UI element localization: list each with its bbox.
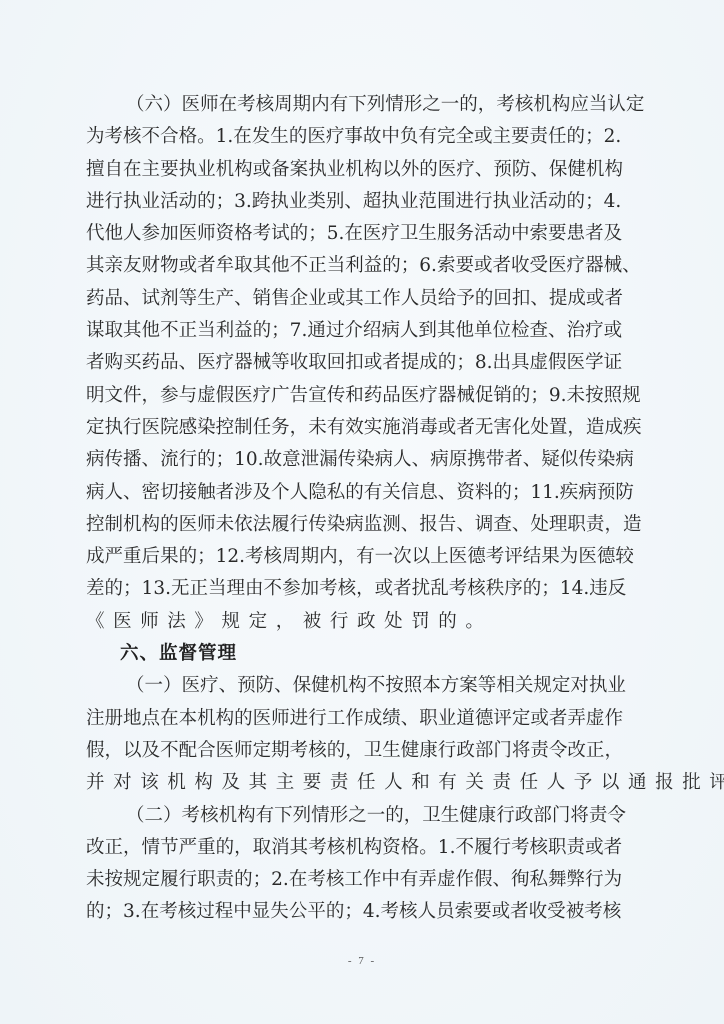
- text-line: 改正，情节严重的，取消其考核机构资格。1.不履行考核职责或者: [86, 832, 614, 864]
- text-line: 控制机构的医师未依法履行传染病监测、报告、调查、处理职责，造: [86, 509, 614, 541]
- paragraph-supervision-2: （二）考核机构有下列情形之一的，卫生健康行政部门将责令 改正，情节严重的，取消其…: [86, 800, 614, 929]
- text-line: 代他人参加医师资格考试的；5.在医疗卫生服务活动中索要患者及: [86, 218, 614, 250]
- text-line: 为考核不合格。1.在发生的医疗事故中负有完全或主要责任的；2.: [86, 121, 614, 153]
- text-line: 定执行医院感染控制任务，未有效实施消毒或者无害化处置，造成疾: [86, 412, 614, 444]
- text-line: （一）医疗、预防、保健机构不按照本方案等相关规定对执业: [86, 670, 614, 702]
- text-line: 进行执业活动的；3.跨执业类别、超执业范围进行执业活动的；4.: [86, 186, 614, 218]
- text-line: 《医师法》规定，被行政处罚的。: [86, 606, 614, 638]
- text-line: 者购买药品、医疗器械等收取回扣或者提成的；8.出具虚假医学证: [86, 347, 614, 379]
- text-line: 的；3.在考核过程中显失公平的；4.考核人员索要或者收受被考核: [86, 896, 614, 928]
- paragraph-supervision-1: （一）医疗、预防、保健机构不按照本方案等相关规定对执业 注册地点在本机构的医师进…: [86, 670, 614, 799]
- document-body: （六）医师在考核周期内有下列情形之一的，考核机构应当认定 为考核不合格。1.在发…: [86, 89, 614, 929]
- text-line: 病传播、流行的；10.故意泄漏传染病人、病原携带者、疑似传染病: [86, 444, 614, 476]
- text-line: 并对该机构及其主要责任人和有关责任人予以通报批评。: [86, 767, 614, 799]
- text-line: （二）考核机构有下列情形之一的，卫生健康行政部门将责令: [86, 800, 614, 832]
- text-line: 其亲友财物或者牟取其他不正当利益的；6.索要或者收受医疗器械、: [86, 250, 614, 282]
- paragraph-item-6: （六）医师在考核周期内有下列情形之一的，考核机构应当认定 为考核不合格。1.在发…: [86, 89, 614, 638]
- document-page: （六）医师在考核周期内有下列情形之一的，考核机构应当认定 为考核不合格。1.在发…: [0, 0, 724, 1024]
- text-line: 擅自在主要执业机构或备案执业机构以外的医疗、预防、保健机构: [86, 154, 614, 186]
- text-line: 注册地点在本机构的医师进行工作成绩、职业道德评定或者弄虚作: [86, 703, 614, 735]
- section-heading: 六、监督管理: [86, 638, 614, 670]
- text-line: 明文件，参与虚假医疗广告宣传和药品医疗器械促销的；9.未按照规: [86, 380, 614, 412]
- text-line: 药品、试剂等生产、销售企业或其工作人员给予的回扣、提成或者: [86, 283, 614, 315]
- text-line: 未按规定履行职责的；2.在考核工作中有弄虚作假、徇私舞弊行为: [86, 864, 614, 896]
- text-line: （六）医师在考核周期内有下列情形之一的，考核机构应当认定: [86, 89, 614, 121]
- text-line: 差的；13.无正当理由不参加考核，或者扰乱考核秩序的；14.违反: [86, 573, 614, 605]
- text-line: 谋取其他不正当利益的；7.通过介绍病人到其他单位检查、治疗或: [86, 315, 614, 347]
- text-line: 假，以及不配合医师定期考核的，卫生健康行政部门将责令改正，: [86, 735, 614, 767]
- page-number: - 7 -: [0, 955, 724, 967]
- text-line: 病人、密切接触者涉及个人隐私的有关信息、资料的；11.疾病预防: [86, 477, 614, 509]
- text-line: 成严重后果的；12.考核周期内，有一次以上医德考评结果为医德较: [86, 541, 614, 573]
